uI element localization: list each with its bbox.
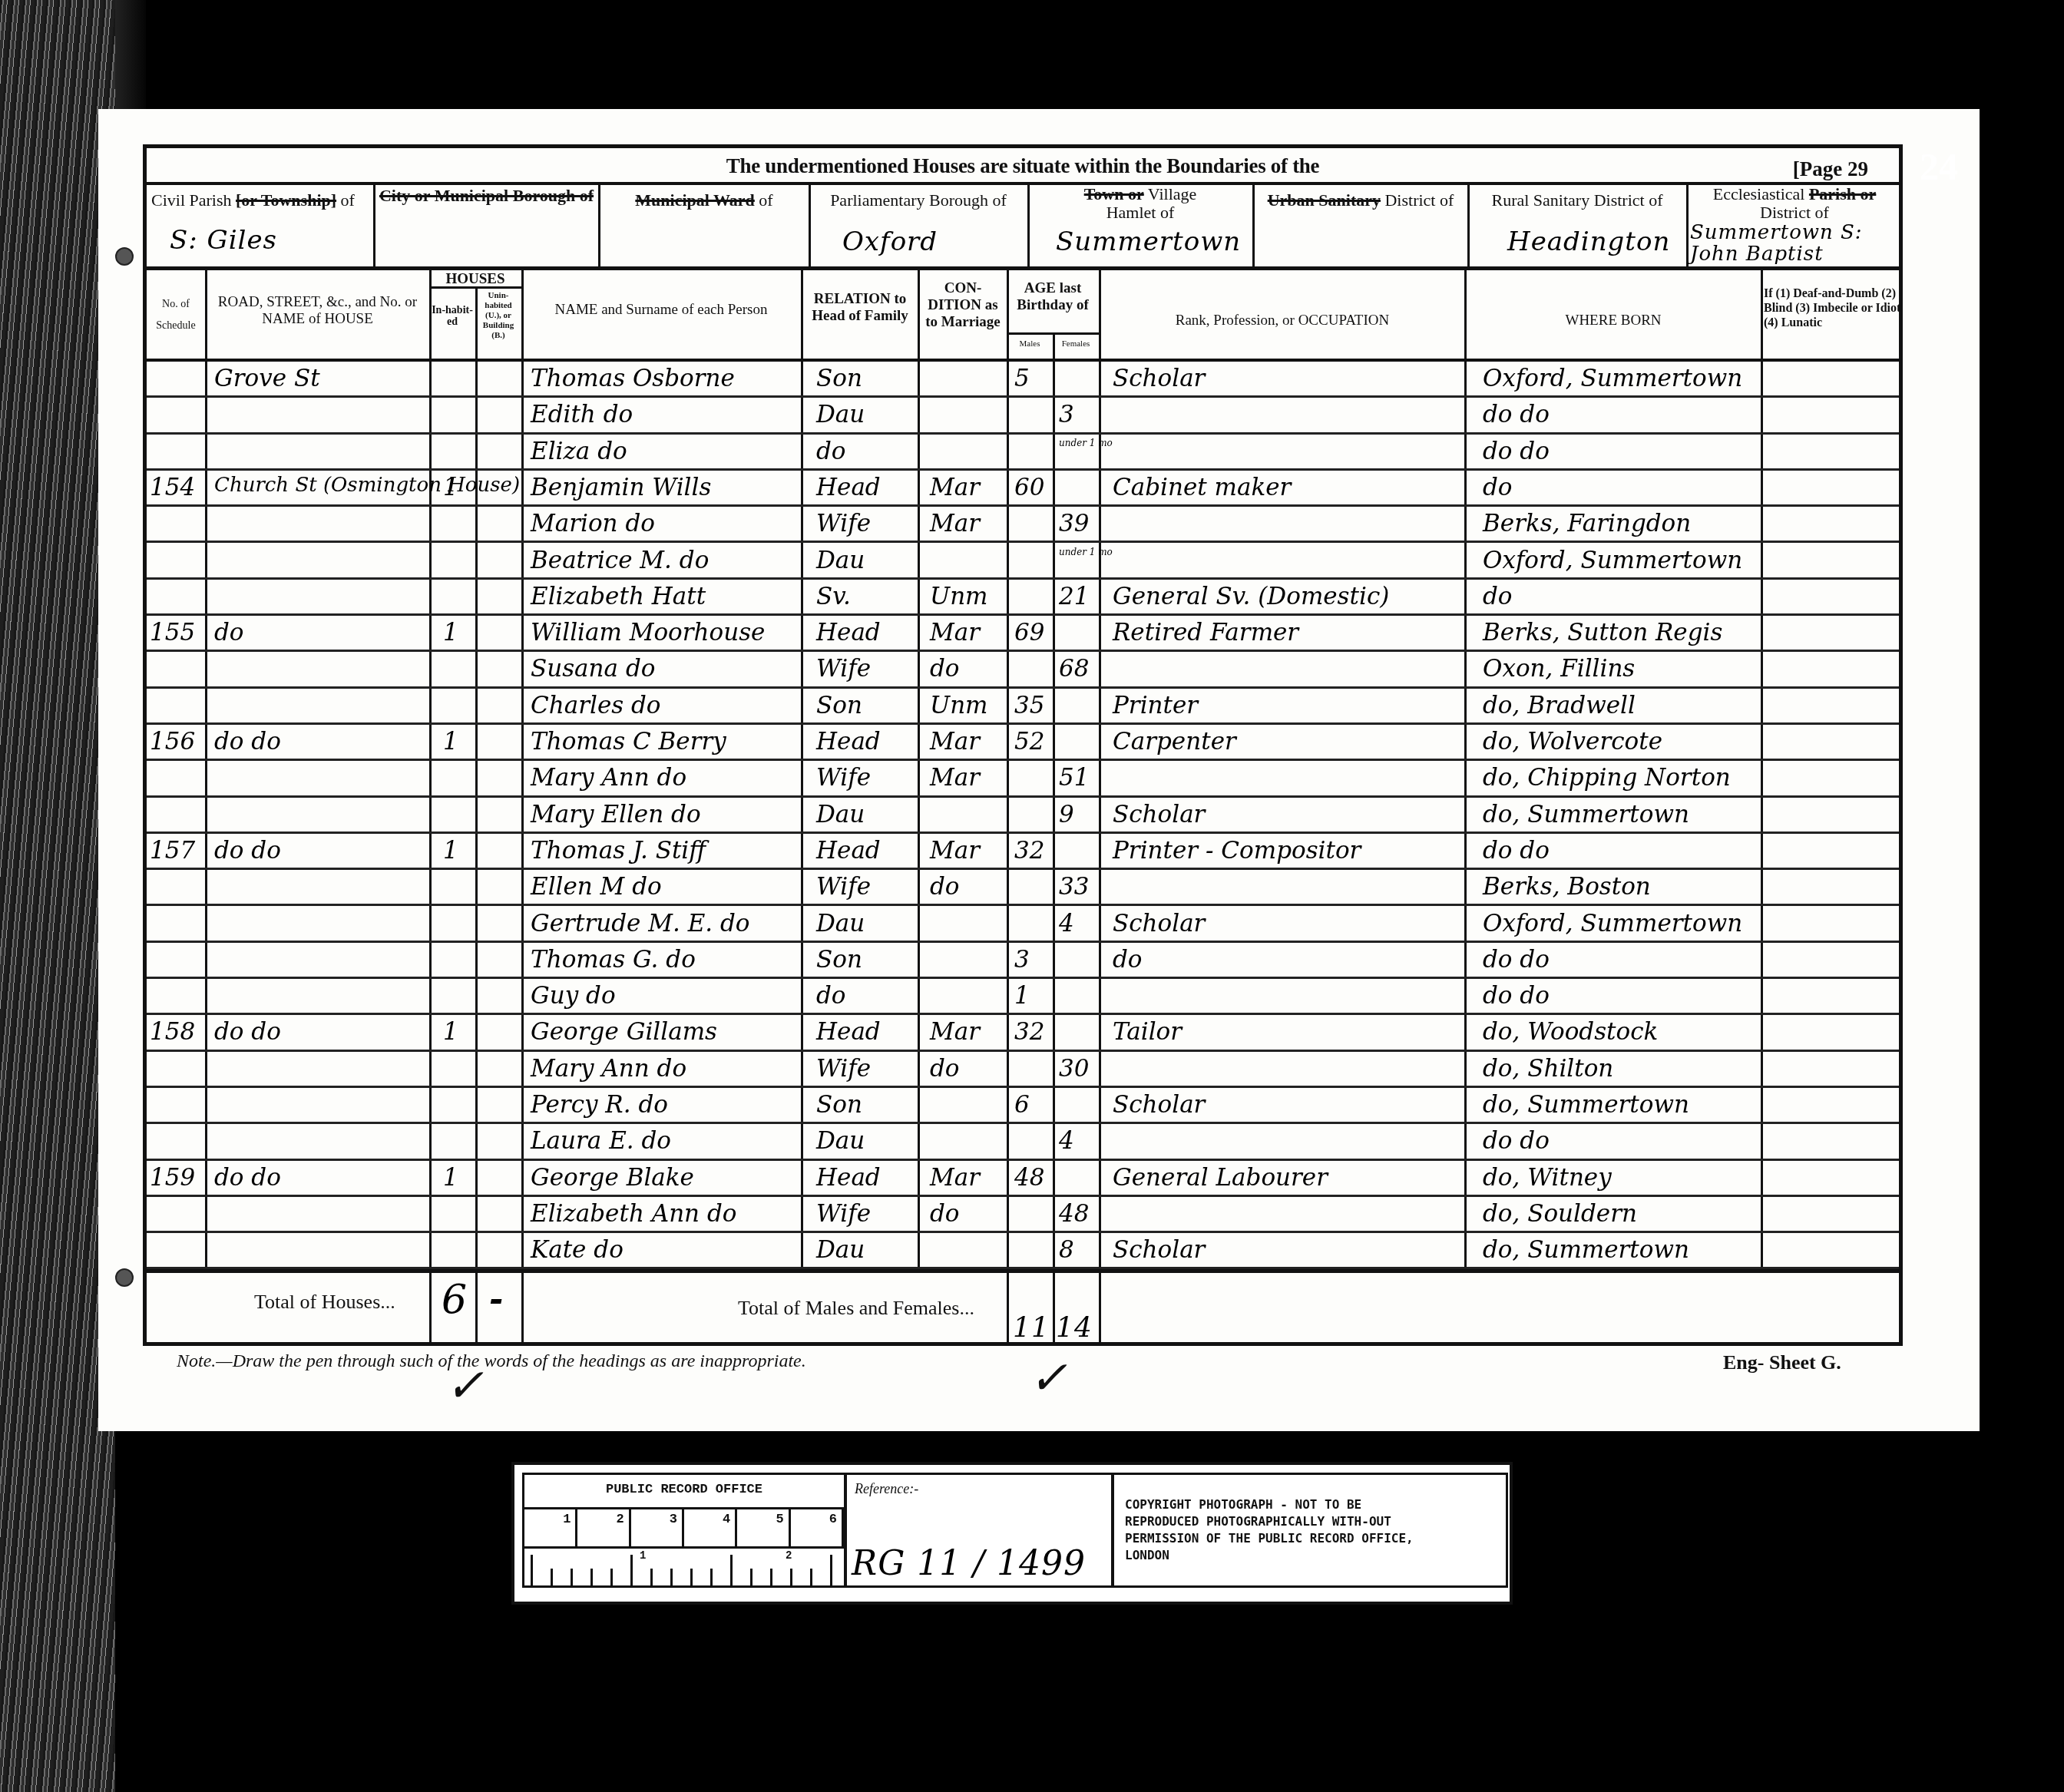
- reference-label: Reference:-: [855, 1481, 918, 1497]
- female-age: 48: [1059, 1200, 1089, 1228]
- col-header-occupation: Rank, Profession, or OCCUPATION: [1102, 312, 1463, 329]
- birthplace: Berks, Sutton Regis: [1483, 619, 1722, 646]
- marital-condition: Mar: [930, 728, 980, 755]
- occupation: Scholar: [1113, 910, 1205, 937]
- town-value: Summertown: [1056, 226, 1241, 257]
- birthplace: do, Bradwell: [1483, 692, 1636, 719]
- occupation: Scholar: [1113, 1091, 1205, 1119]
- total-persons-label: Total of Males and Females...: [738, 1297, 974, 1320]
- scale-cell: 1: [524, 1509, 577, 1546]
- col-header-road: ROAD, STREET, &c., and No. or NAME of HO…: [208, 294, 427, 328]
- ruler-tick: [590, 1569, 593, 1585]
- reference-box: Reference:- RG 11 / 1499: [845, 1473, 1113, 1588]
- table-row: Mary Ann doWifedo30do, Shilton: [147, 1052, 1899, 1088]
- birthplace: do, Summertown: [1483, 801, 1689, 828]
- occupation: Carpenter: [1113, 728, 1236, 755]
- ruler-tick: [690, 1569, 693, 1585]
- col-header-condition: CON-DITION as to Marriage: [921, 280, 1005, 331]
- census-form: The undermentioned Houses are situate wi…: [143, 144, 1903, 1346]
- male-age: 6: [1014, 1091, 1030, 1119]
- occupation: Scholar: [1113, 365, 1205, 392]
- ecclesiastical-value: Summertown S: John Baptist: [1690, 222, 1902, 265]
- female-age: 9: [1059, 801, 1074, 828]
- person-name: Eliza do: [531, 438, 627, 465]
- ruler: 12: [524, 1549, 844, 1585]
- table-row: 158do do1George GillamsHeadMar32Tailordo…: [147, 1015, 1899, 1051]
- person-name: Elizabeth Ann do: [531, 1200, 736, 1228]
- inhabited-count: 1: [443, 837, 458, 865]
- marital-condition: Mar: [930, 510, 980, 537]
- table-row: Kate doDau8Scholardo, Summertown: [147, 1233, 1899, 1269]
- person-name: Laura E. do: [531, 1127, 671, 1155]
- table-row: Gertrude M. E. doDau4ScholarOxford, Summ…: [147, 907, 1899, 943]
- person-name: Thomas C Berry: [531, 728, 726, 755]
- district-civil-parish-label: Civil Parish [or Township] of: [151, 191, 370, 210]
- relation-to-head: Head: [816, 1018, 881, 1046]
- female-age: 8: [1059, 1236, 1074, 1264]
- table-row: Elizabeth HattSv.Unm21General Sv. (Domes…: [147, 580, 1899, 616]
- road-name: Grove St: [214, 365, 320, 392]
- male-age: 32: [1014, 837, 1044, 865]
- table-row: Thomas G. doSon3dodo do: [147, 943, 1899, 979]
- relation-to-head: Wife: [816, 1055, 871, 1083]
- table-row: Ellen M doWifedo33Berks, Boston: [147, 870, 1899, 906]
- col-header-where-born: WHERE BORN: [1467, 312, 1759, 329]
- person-name: Percy R. do: [531, 1091, 668, 1119]
- person-name: Mary Ellen do: [531, 801, 701, 828]
- punch-hole-icon: [115, 1268, 134, 1287]
- district-town-label: Town or Village Hamlet of: [1030, 185, 1251, 222]
- birthplace: Oxford, Summertown: [1483, 547, 1742, 574]
- divider: [1007, 332, 1099, 335]
- female-age: 30: [1059, 1055, 1089, 1083]
- divider: [598, 183, 600, 266]
- col-header-name: NAME and Surname of each Person: [524, 302, 798, 319]
- relation-to-head: Sv.: [816, 583, 851, 610]
- civil-parish-value: S: Giles: [170, 225, 277, 256]
- marital-condition: do: [930, 655, 960, 683]
- birthplace: do do: [1483, 837, 1550, 865]
- inhabited-count: 1: [443, 728, 458, 755]
- table-row: Eliza dodounder 1 modo do: [147, 435, 1899, 471]
- person-name: Benjamin Wills: [531, 474, 711, 501]
- ruler-tick: [571, 1569, 573, 1585]
- table-row: Laura E. doDau4do do: [147, 1124, 1899, 1160]
- col-header-females: Females: [1054, 339, 1097, 350]
- person-name: Susana do: [531, 655, 655, 683]
- table-row: Mary Ann doWifeMar51do, Chipping Norton: [147, 761, 1899, 797]
- label-text: Village: [1148, 184, 1196, 203]
- female-age: 4: [1059, 910, 1074, 937]
- person-name: William Moorhouse: [531, 619, 765, 646]
- marital-condition: Mar: [930, 837, 980, 865]
- birthplace: do, Summertown: [1483, 1236, 1689, 1264]
- ruler-tick: [770, 1569, 772, 1585]
- scale-cell: 5: [737, 1509, 790, 1546]
- col-header-relation: RELATION to Head of Family: [804, 291, 916, 325]
- birthplace: Oxford, Summertown: [1483, 910, 1742, 937]
- relation-to-head: Son: [816, 365, 862, 392]
- birthplace: do do: [1483, 438, 1550, 465]
- copyright-box: COPYRIGHT PHOTOGRAPH - NOT TO BE REPRODU…: [1112, 1473, 1508, 1588]
- table-row: Edith doDau3do do: [147, 398, 1899, 434]
- struck-text: Municipal Ward: [635, 190, 754, 210]
- district-parliamentary-borough-label: Parliamentary Borough of: [812, 191, 1025, 210]
- district-municipal-borough-label: City or Municipal Borough of: [377, 187, 596, 205]
- divider: [147, 1269, 1899, 1273]
- birthplace: Berks, Boston: [1483, 873, 1651, 901]
- female-age: 4: [1059, 1127, 1074, 1155]
- sheet-label: Eng- Sheet G.: [1723, 1351, 1841, 1374]
- divider: [1252, 183, 1255, 266]
- struck-text: Parish or: [1809, 184, 1876, 203]
- birthplace: do, Summertown: [1483, 1091, 1689, 1119]
- check-mark-icon: ✓: [1029, 1351, 1067, 1405]
- rural-sanitary-value: Headington: [1507, 226, 1670, 257]
- scale-row: 123456: [524, 1509, 844, 1546]
- total-houses-uninhabited: -: [489, 1280, 504, 1319]
- table-row: Grove StThomas OsborneSon5ScholarOxford,…: [147, 362, 1899, 398]
- divider: [147, 266, 1899, 270]
- punch-hole-icon: [115, 247, 134, 266]
- table-row: 154Church St (Osmington House)1Benjamin …: [147, 471, 1899, 507]
- relation-to-head: do: [816, 982, 846, 1010]
- ruler-tick: [630, 1555, 633, 1585]
- total-males: 11: [1013, 1312, 1050, 1344]
- female-age: 21: [1059, 583, 1089, 610]
- inhabited-count: 1: [443, 1018, 458, 1046]
- person-name: Ellen M do: [531, 873, 662, 901]
- person-name: Mary Ann do: [531, 764, 686, 792]
- district-rural-sanitary-label: Rural Sanitary District of: [1470, 191, 1684, 210]
- copyright-text: COPYRIGHT PHOTOGRAPH - NOT TO BE REPRODU…: [1125, 1496, 1432, 1564]
- person-name: Elizabeth Hatt: [531, 583, 706, 610]
- col-header-age: AGE last Birthday of: [1008, 280, 1097, 314]
- ruler-tick: [610, 1569, 613, 1585]
- district-urban-sanitary-label: Urban Sanitary District of: [1255, 191, 1466, 210]
- male-age: 52: [1014, 728, 1044, 755]
- label-text: Ecclesiastical: [1713, 184, 1805, 203]
- scale-cell: 3: [631, 1509, 684, 1546]
- label-suffix: District of: [1384, 190, 1454, 210]
- occupation: Scholar: [1113, 1236, 1205, 1264]
- road-name: do do: [214, 1018, 281, 1046]
- table-row: Charles doSonUnm35Printerdo, Bradwell: [147, 689, 1899, 725]
- table-row: Marion doWifeMar39Berks, Faringdon: [147, 507, 1899, 543]
- col-header-males: Males: [1008, 339, 1051, 350]
- label-text: Civil Parish: [151, 190, 232, 210]
- ruler-tick: [810, 1569, 812, 1585]
- male-age: 1: [1014, 982, 1030, 1010]
- occupation: Printer: [1113, 692, 1198, 719]
- road-name: do: [214, 619, 244, 646]
- public-record-office-stamp: PUBLIC RECORD OFFICE 123456 12 Reference…: [511, 1462, 1513, 1605]
- col-header-schedule: No. of Schedule: [148, 294, 203, 337]
- schedule-number: 157: [150, 837, 195, 865]
- check-mark-icon: ✓: [445, 1359, 484, 1413]
- occupation: General Sv. (Domestic): [1113, 583, 1389, 610]
- relation-to-head: Wife: [816, 764, 871, 792]
- road-name: do do: [214, 837, 281, 865]
- female-age: under 1 mo: [1059, 547, 1113, 557]
- relation-to-head: Head: [816, 619, 881, 646]
- table-row: Guy dodo1do do: [147, 979, 1899, 1015]
- label-suffix: of: [759, 190, 772, 210]
- female-age: 3: [1059, 401, 1074, 428]
- person-name: Kate do: [531, 1236, 623, 1264]
- ruler-mark: 1: [640, 1550, 646, 1562]
- table-row: 155do1William MoorhouseHeadMar69Retired …: [147, 616, 1899, 652]
- schedule-number: 158: [150, 1018, 195, 1046]
- marital-condition: Mar: [930, 619, 980, 646]
- birthplace: do do: [1483, 982, 1550, 1010]
- table-row: Elizabeth Ann doWifedo48do, Souldern: [147, 1197, 1899, 1233]
- scale-cell: 4: [684, 1509, 737, 1546]
- col-header-inhabited: In-habit-ed: [431, 305, 474, 328]
- marital-condition: do: [930, 1200, 960, 1228]
- ruler-tick: [710, 1569, 713, 1585]
- page-label: [Page 29: [1793, 157, 1868, 181]
- struck-text: [or Township]: [236, 190, 336, 210]
- office-label: PUBLIC RECORD OFFICE: [524, 1483, 844, 1497]
- male-age: 35: [1014, 692, 1044, 719]
- relation-to-head: Dau: [816, 1236, 865, 1264]
- table-row: 156do do1Thomas C BerryHeadMar52Carpente…: [147, 725, 1899, 761]
- birthplace: do, Woodstock: [1483, 1018, 1658, 1046]
- census-rows: Grove StThomas OsborneSon5ScholarOxford,…: [147, 362, 1899, 1271]
- table-row: Beatrice M. doDauunder 1 moOxford, Summe…: [147, 544, 1899, 580]
- occupation: do: [1113, 946, 1143, 974]
- relation-to-head: Dau: [816, 801, 865, 828]
- female-age: under 1 mo: [1059, 438, 1113, 448]
- ruler-tick: [670, 1569, 673, 1585]
- divider: [809, 183, 811, 266]
- total-houses-label: Total of Houses...: [254, 1291, 395, 1314]
- male-age: 32: [1014, 1018, 1044, 1046]
- table-row: Percy R. doSon6Scholardo, Summertown: [147, 1088, 1899, 1124]
- birthplace: do: [1483, 474, 1513, 501]
- relation-to-head: Son: [816, 946, 862, 974]
- col-header-infirmity: If (1) Deaf-and-Dumb (2) Blind (3) Imbec…: [1764, 286, 1902, 330]
- relation-to-head: Dau: [816, 401, 865, 428]
- table-row: Mary Ellen doDau9Scholardo, Summertown: [147, 798, 1899, 834]
- label-suffix: of: [341, 190, 355, 210]
- person-name: Thomas G. do: [531, 946, 696, 974]
- marital-condition: Mar: [930, 474, 980, 501]
- female-age: 68: [1059, 655, 1089, 683]
- occupation: Tailor: [1113, 1018, 1182, 1046]
- total-houses-inhabited: 6: [442, 1277, 468, 1323]
- form-heading: The undermentioned Houses are situate wi…: [147, 154, 1899, 178]
- road-name: do do: [214, 1164, 281, 1192]
- schedule-number: 156: [150, 728, 195, 755]
- total-females: 14: [1056, 1312, 1093, 1344]
- birthplace: do do: [1483, 946, 1550, 974]
- relation-to-head: Wife: [816, 873, 871, 901]
- ruler-tick: [830, 1555, 832, 1585]
- road-name: Church St (Osmington House): [214, 474, 520, 497]
- inhabited-count: 1: [443, 619, 458, 646]
- male-age: 48: [1014, 1164, 1044, 1192]
- ruler-tick: [730, 1555, 733, 1585]
- person-name: Mary Ann do: [531, 1055, 686, 1083]
- relation-to-head: Wife: [816, 655, 871, 683]
- person-name: Thomas J. Stiff: [531, 837, 706, 865]
- birthplace: do do: [1483, 1127, 1550, 1155]
- sheet-number: 24: [1920, 144, 1958, 189]
- occupation: Retired Farmer: [1113, 619, 1298, 646]
- birthplace: do, Souldern: [1483, 1200, 1637, 1228]
- relation-to-head: Son: [816, 692, 862, 719]
- ruler-tick: [650, 1569, 653, 1585]
- road-name: do do: [214, 728, 281, 755]
- relation-to-head: Son: [816, 1091, 862, 1119]
- relation-to-head: Head: [816, 474, 881, 501]
- ruler-box: PUBLIC RECORD OFFICE 123456 12: [522, 1473, 846, 1588]
- birthplace: do, Shilton: [1483, 1055, 1613, 1083]
- divider: [147, 182, 1899, 185]
- person-name: Gertrude M. E. do: [531, 910, 750, 937]
- parliamentary-borough-value: Oxford: [842, 226, 938, 257]
- marital-condition: Mar: [930, 1018, 980, 1046]
- person-name: George Gillams: [531, 1018, 717, 1046]
- birthplace: Oxon, Fillins: [1483, 655, 1635, 683]
- divider: [373, 183, 375, 266]
- form-note: Note.—Draw the pen through such of the w…: [177, 1351, 806, 1372]
- ruler-mark: 2: [786, 1550, 792, 1562]
- marital-condition: do: [930, 1055, 960, 1083]
- struck-text: Urban Sanitary: [1268, 190, 1381, 210]
- marital-condition: Mar: [930, 1164, 980, 1192]
- relation-to-head: Head: [816, 728, 881, 755]
- relation-to-head: do: [816, 438, 846, 465]
- relation-to-head: Head: [816, 1164, 881, 1192]
- relation-to-head: Wife: [816, 510, 871, 537]
- relation-to-head: Dau: [816, 1127, 865, 1155]
- marital-condition: Unm: [930, 583, 988, 610]
- district-ecclesiastical-label: Ecclesiastical Parish or District of: [1689, 185, 1900, 222]
- relation-to-head: Dau: [816, 910, 865, 937]
- occupation: Printer - Compositor: [1113, 837, 1361, 865]
- person-name: Marion do: [531, 510, 655, 537]
- divider: [1467, 183, 1470, 266]
- male-age: 60: [1014, 474, 1044, 501]
- person-name: Charles do: [531, 692, 661, 719]
- schedule-number: 155: [150, 619, 195, 646]
- birthplace: Berks, Faringdon: [1483, 510, 1691, 537]
- ruler-tick: [531, 1555, 533, 1585]
- inhabited-count: 1: [443, 1164, 458, 1192]
- inhabited-count: 1: [443, 474, 458, 501]
- schedule-number: 159: [150, 1164, 195, 1192]
- district-municipal-ward-label: Municipal Ward of: [601, 191, 807, 210]
- person-name: Edith do: [531, 401, 633, 428]
- relation-to-head: Wife: [816, 1200, 871, 1228]
- schedule-number: 154: [150, 474, 195, 501]
- table-row: Susana doWifedo68Oxon, Fillins: [147, 652, 1899, 688]
- occupation: Scholar: [1113, 801, 1205, 828]
- birthplace: do, Chipping Norton: [1483, 764, 1731, 792]
- female-age: 33: [1059, 873, 1089, 901]
- table-row: 157do do1Thomas J. StiffHeadMar32Printer…: [147, 834, 1899, 870]
- reference-value: RG 11 / 1499: [852, 1544, 1086, 1583]
- marital-condition: Unm: [930, 692, 988, 719]
- occupation: General Labourer: [1113, 1164, 1328, 1192]
- col-header-uninhabited: Unin-habited (U.), or Building (B.): [477, 291, 520, 341]
- label-suffix: District of: [1760, 203, 1829, 222]
- male-age: 5: [1014, 365, 1030, 392]
- table-row: 159do do1George BlakeHeadMar48General La…: [147, 1161, 1899, 1197]
- male-age: 3: [1014, 946, 1030, 974]
- scale-cell: 2: [577, 1509, 630, 1546]
- birthplace: do do: [1483, 401, 1550, 428]
- birthplace: Oxford, Summertown: [1483, 365, 1742, 392]
- relation-to-head: Head: [816, 837, 881, 865]
- female-age: 51: [1059, 764, 1089, 792]
- ruler-tick: [551, 1569, 553, 1585]
- person-name: Guy do: [531, 982, 616, 1010]
- male-age: 69: [1014, 619, 1044, 646]
- female-age: 39: [1059, 510, 1089, 537]
- person-name: Beatrice M. do: [531, 547, 709, 574]
- marital-condition: Mar: [930, 764, 980, 792]
- birthplace: do: [1483, 583, 1513, 610]
- col-header-houses: HOUSES: [431, 271, 520, 288]
- scale-cell: 6: [791, 1509, 844, 1546]
- ruler-tick: [750, 1569, 752, 1585]
- birthplace: do, Witney: [1483, 1164, 1612, 1192]
- person-name: Thomas Osborne: [531, 365, 735, 392]
- person-name: George Blake: [531, 1164, 694, 1192]
- birthplace: do, Wolvercote: [1483, 728, 1662, 755]
- ruler-tick: [790, 1569, 792, 1585]
- occupation: Cabinet maker: [1113, 474, 1291, 501]
- marital-condition: do: [930, 873, 960, 901]
- struck-text: Town or: [1084, 184, 1144, 203]
- relation-to-head: Dau: [816, 547, 865, 574]
- label-suffix: Hamlet of: [1106, 203, 1175, 222]
